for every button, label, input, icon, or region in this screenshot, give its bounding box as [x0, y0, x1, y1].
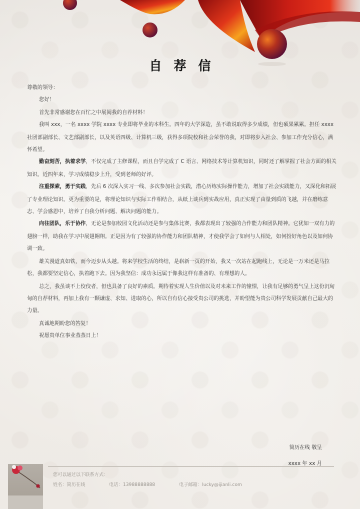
- contact-phone: 电话：13988888888: [109, 481, 155, 491]
- paragraph-lead: 向往团队，乐于协作: [39, 221, 86, 227]
- plum-blossom-icon: [8, 464, 43, 492]
- paragraph-study: 勤奋刻苦，执着求学，不仅完成了主修课程，而且自学完成了 C 语言、网络技术等计算…: [27, 156, 337, 181]
- paragraph-text: 总之，我虽谈不上佼佼者，但也具备了良好的素质。期待着实现人生价值以及对未来工作的…: [27, 284, 335, 315]
- paragraph-lead: 注重探索，勇于实践: [39, 184, 86, 190]
- paragraph-practice: 注重探索，勇于实践，先后 6 次深入实习一线、多次参加社会实践，潜心历练实际操作…: [27, 181, 337, 218]
- paragraph-summary: 总之，我虽谈不上佼佼者，但也具备了良好的素质。期待着实现人生价值以及对未来工作的…: [27, 281, 337, 318]
- paragraph-future: 雄关漫道真如铁，而今迈步从头越。将来学校生活的终结，是崭新一页的开始，我又一次站…: [27, 256, 337, 281]
- contact-email[interactable]: 电子邮箱：lucky@ijianli.com: [179, 481, 242, 491]
- contact-footer: 您可以通过以下联系方式： 姓名：简历在线 电话：13988888888 电子邮箱…: [0, 464, 360, 509]
- contact-heading: 您可以通过以下联系方式：: [53, 471, 266, 481]
- contact-name: 姓名：简历在线: [53, 481, 85, 491]
- flower-thumbnail: [8, 464, 43, 509]
- closing-line-2: 祝愿贵单位事业蒸蒸日上！: [27, 330, 337, 342]
- contact-info: 您可以通过以下联系方式： 姓名：简历在线 电话：13988888888 电子邮箱…: [53, 471, 266, 491]
- paragraph-self-intro: 我叫 xxx，一名 xxxx 学院 xxxx 专业即将毕业的本科生。四年的大学深…: [27, 119, 337, 156]
- salutation: 尊敬的领导：: [27, 82, 337, 94]
- document-title: 自荐信: [0, 56, 360, 74]
- paragraph-teamwork: 向往团队，乐于协作，无论是参加校园文化活动还是参与集体比赛，我都表现出了较强的合…: [27, 218, 337, 255]
- cover-letter-page: 自荐信 尊敬的领导： 您好！ 首先非常感谢您在百忙之中展阅我的自荐材料！ 我叫 …: [0, 0, 360, 509]
- closing-line-1: 真诚地期盼您的答复！: [27, 318, 337, 330]
- letter-body: 尊敬的领导： 您好！ 首先非常感谢您在百忙之中展阅我的自荐材料！ 我叫 xxx，…: [27, 82, 337, 343]
- intro-paragraph: 首先非常感谢您在百忙之中展阅我的自荐材料！: [27, 107, 337, 119]
- signature: 简历在线 敬呈: [288, 440, 322, 456]
- paragraph-lead: 勤奋刻苦，执着求学: [39, 159, 86, 165]
- paragraph-text: 我叫 xxx，一名 xxxx 学院 xxxx 专业即将毕业的本科生。四年的大学深…: [27, 122, 334, 153]
- greeting: 您好！: [27, 94, 337, 106]
- footer-divider: [48, 466, 334, 467]
- paragraph-text: 雄关漫道真如铁，而今迈步从头越。将来学校生活的终结，是崭新一页的开始，我又一次站…: [27, 259, 330, 277]
